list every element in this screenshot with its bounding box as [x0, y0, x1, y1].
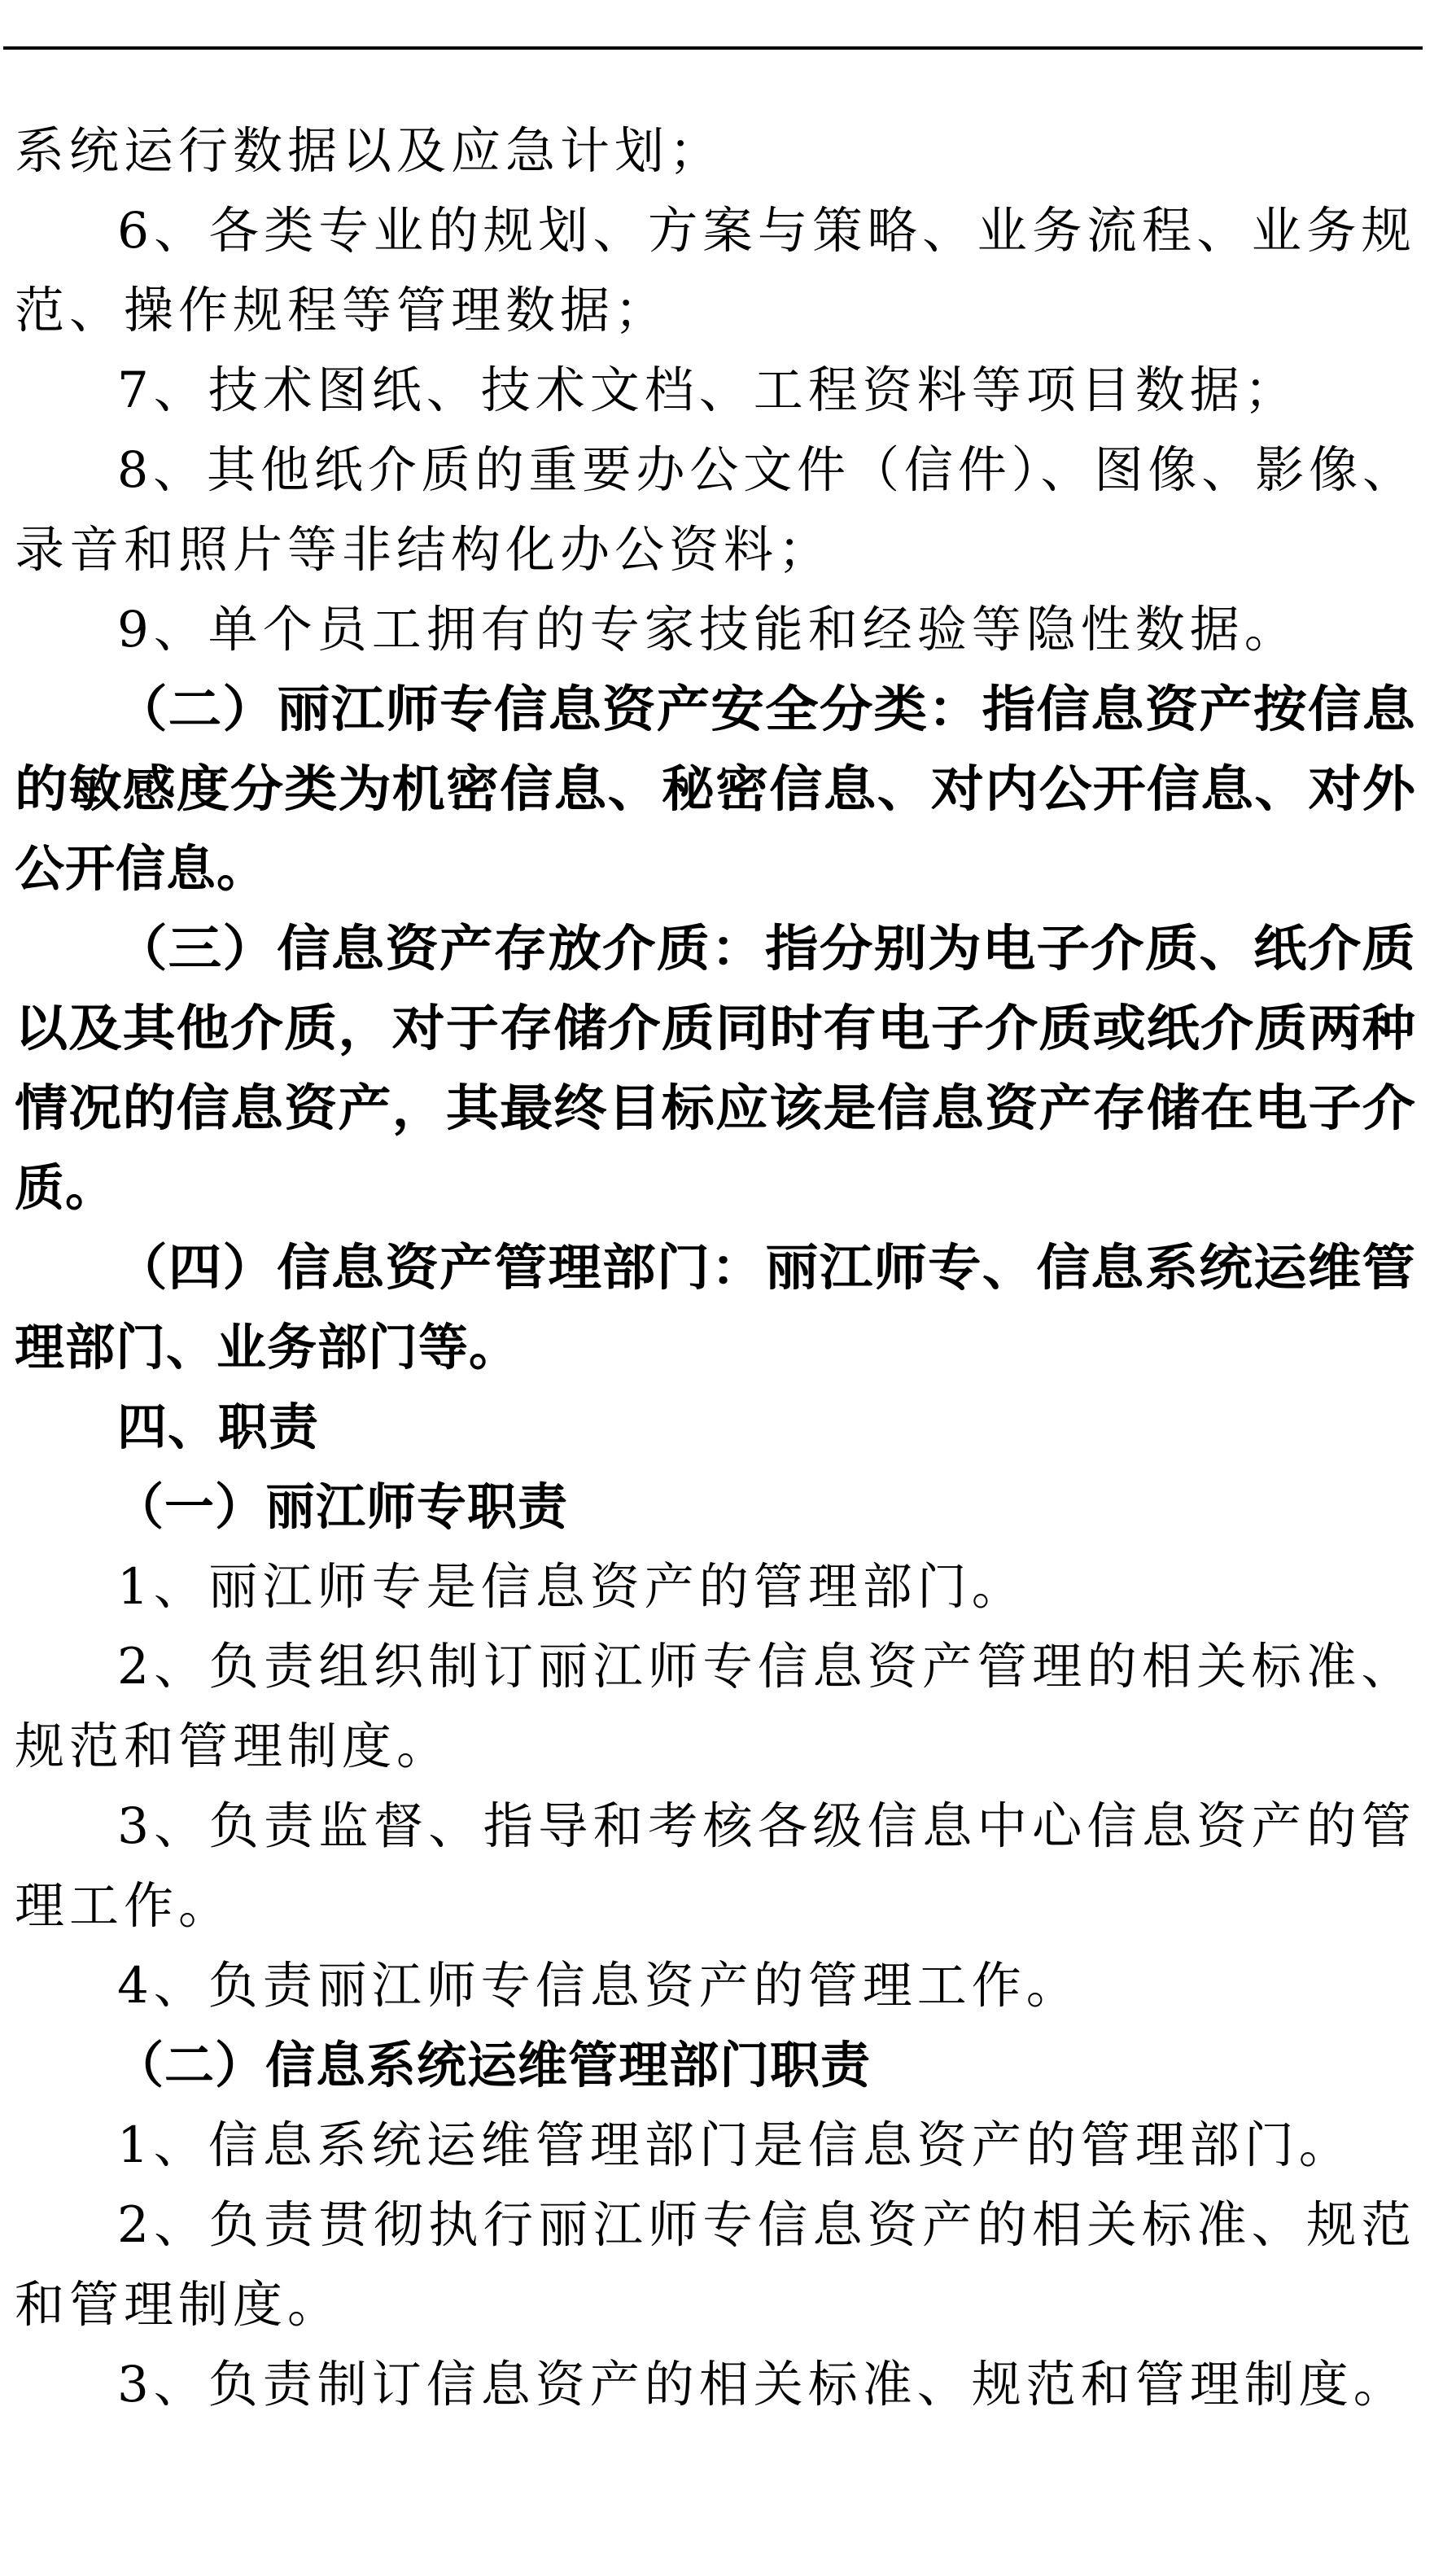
text-line: 4、负责丽江师专信息资产的管理工作。	[15, 1951, 1416, 2031]
section-security-classification: （二）丽江师专信息资产安全分类：指信息资产按信息 的敏感度分类为机密信息、秘密信…	[15, 675, 1416, 914]
text-line: 理工作。	[15, 1871, 1416, 1951]
paragraph-continuation: 系统运行数据以及应急计划；	[15, 116, 1416, 196]
text-line: 范、操作规程等管理数据；	[15, 276, 1416, 356]
text-line: 系统运行数据以及应急计划；	[15, 116, 1416, 196]
header-rule	[3, 46, 1423, 50]
text-line: （四）信息资产管理部门：丽江师专、信息系统运维管	[7, 1233, 1456, 1313]
text-line: （二）丽江师专信息资产安全分类：指信息资产按信息	[7, 675, 1456, 755]
text-line: 2、负责贯彻执行丽江师专信息资产的相关标准、规范	[14, 2190, 1424, 2270]
text-line: 以及其他介质，对于存储介质同时有电子介质或纸介质两种	[15, 994, 1456, 1074]
list-item-4: 4、负责丽江师专信息资产的管理工作。	[15, 1951, 1416, 2031]
list-item-9: 9、单个员工拥有的专家技能和经验等隐性数据。	[15, 595, 1416, 675]
list-item-3: 3、负责制订信息资产的相关标准、规范和管理制度。	[15, 2350, 1416, 2430]
text-line: 理部门、业务部门等。	[15, 1313, 1416, 1393]
subheading: （一）丽江师专职责	[15, 1473, 1416, 1552]
section-storage-media: （三）信息资产存放介质：指分别为电子介质、纸介质 以及其他介质，对于存储介质同时…	[15, 914, 1416, 1233]
list-item-1: 1、信息系统运维管理部门是信息资产的管理部门。	[15, 2111, 1416, 2190]
text-line: 1、丽江师专是信息资产的管理部门。	[15, 1552, 1416, 1632]
list-item-7: 7、技术图纸、技术文档、工程资料等项目数据；	[15, 356, 1416, 435]
subheading: （二）信息系统运维管理部门职责	[15, 2031, 1416, 2111]
list-item-3: 3、负责监督、指导和考核各级信息中心信息资产的管 理工作。	[15, 1792, 1416, 1951]
text-line: 录音和照片等非结构化办公资料；	[15, 515, 1416, 595]
text-line: 9、单个员工拥有的专家技能和经验等隐性数据。	[15, 595, 1416, 675]
text-line: 8、其他纸介质的重要办公文件（信件）、图像、影像、	[16, 435, 1395, 515]
subheading-ops-department-responsibilities: （二）信息系统运维管理部门职责	[15, 2031, 1416, 2111]
section-heading-responsibilities: 四、职责	[15, 1393, 1416, 1473]
list-item-8: 8、其他纸介质的重要办公文件（信件）、图像、影像、 录音和照片等非结构化办公资料…	[15, 435, 1416, 595]
text-line: 7、技术图纸、技术文档、工程资料等项目数据；	[15, 356, 1416, 435]
list-item-2: 2、负责组织制订丽江师专信息资产管理的相关标准、 规范和管理制度。	[15, 1632, 1416, 1792]
text-line: 3、负责监督、指导和考核各级信息中心信息资产的管	[14, 1792, 1424, 1871]
list-item-1: 1、丽江师专是信息资产的管理部门。	[15, 1552, 1416, 1632]
section-management-departments: （四）信息资产管理部门：丽江师专、信息系统运维管 理部门、业务部门等。	[15, 1233, 1416, 1393]
document-page: 系统运行数据以及应急计划； 6、各类专业的规划、方案与策略、业务流程、业务规 范…	[15, 116, 1416, 2430]
text-line: （三）信息资产存放介质：指分别为电子介质、纸介质	[7, 914, 1456, 994]
text-line: 情况的信息资产，其最终目标应该是信息资产存储在电子介	[15, 1074, 1456, 1153]
text-line: 3、负责制订信息资产的相关标准、规范和管理制度。	[15, 2350, 1416, 2430]
text-line: 质。	[15, 1153, 1416, 1233]
text-line: 2、负责组织制订丽江师专信息资产管理的相关标准、	[14, 1632, 1424, 1712]
text-line: 6、各类专业的规划、方案与策略、业务流程、业务规	[14, 196, 1424, 276]
text-line: 规范和管理制度。	[15, 1712, 1416, 1792]
text-line: 和管理制度。	[15, 2270, 1416, 2350]
text-line: 的敏感度分类为机密信息、秘密信息、对内公开信息、对外	[15, 755, 1456, 834]
list-item-2: 2、负责贯彻执行丽江师专信息资产的相关标准、规范 和管理制度。	[15, 2190, 1416, 2350]
subheading-college-responsibilities: （一）丽江师专职责	[15, 1473, 1416, 1552]
text-line: 公开信息。	[15, 834, 1416, 914]
text-line: 1、信息系统运维管理部门是信息资产的管理部门。	[15, 2111, 1416, 2190]
heading: 四、职责	[15, 1393, 1416, 1473]
list-item-6: 6、各类专业的规划、方案与策略、业务流程、业务规 范、操作规程等管理数据；	[15, 196, 1416, 356]
